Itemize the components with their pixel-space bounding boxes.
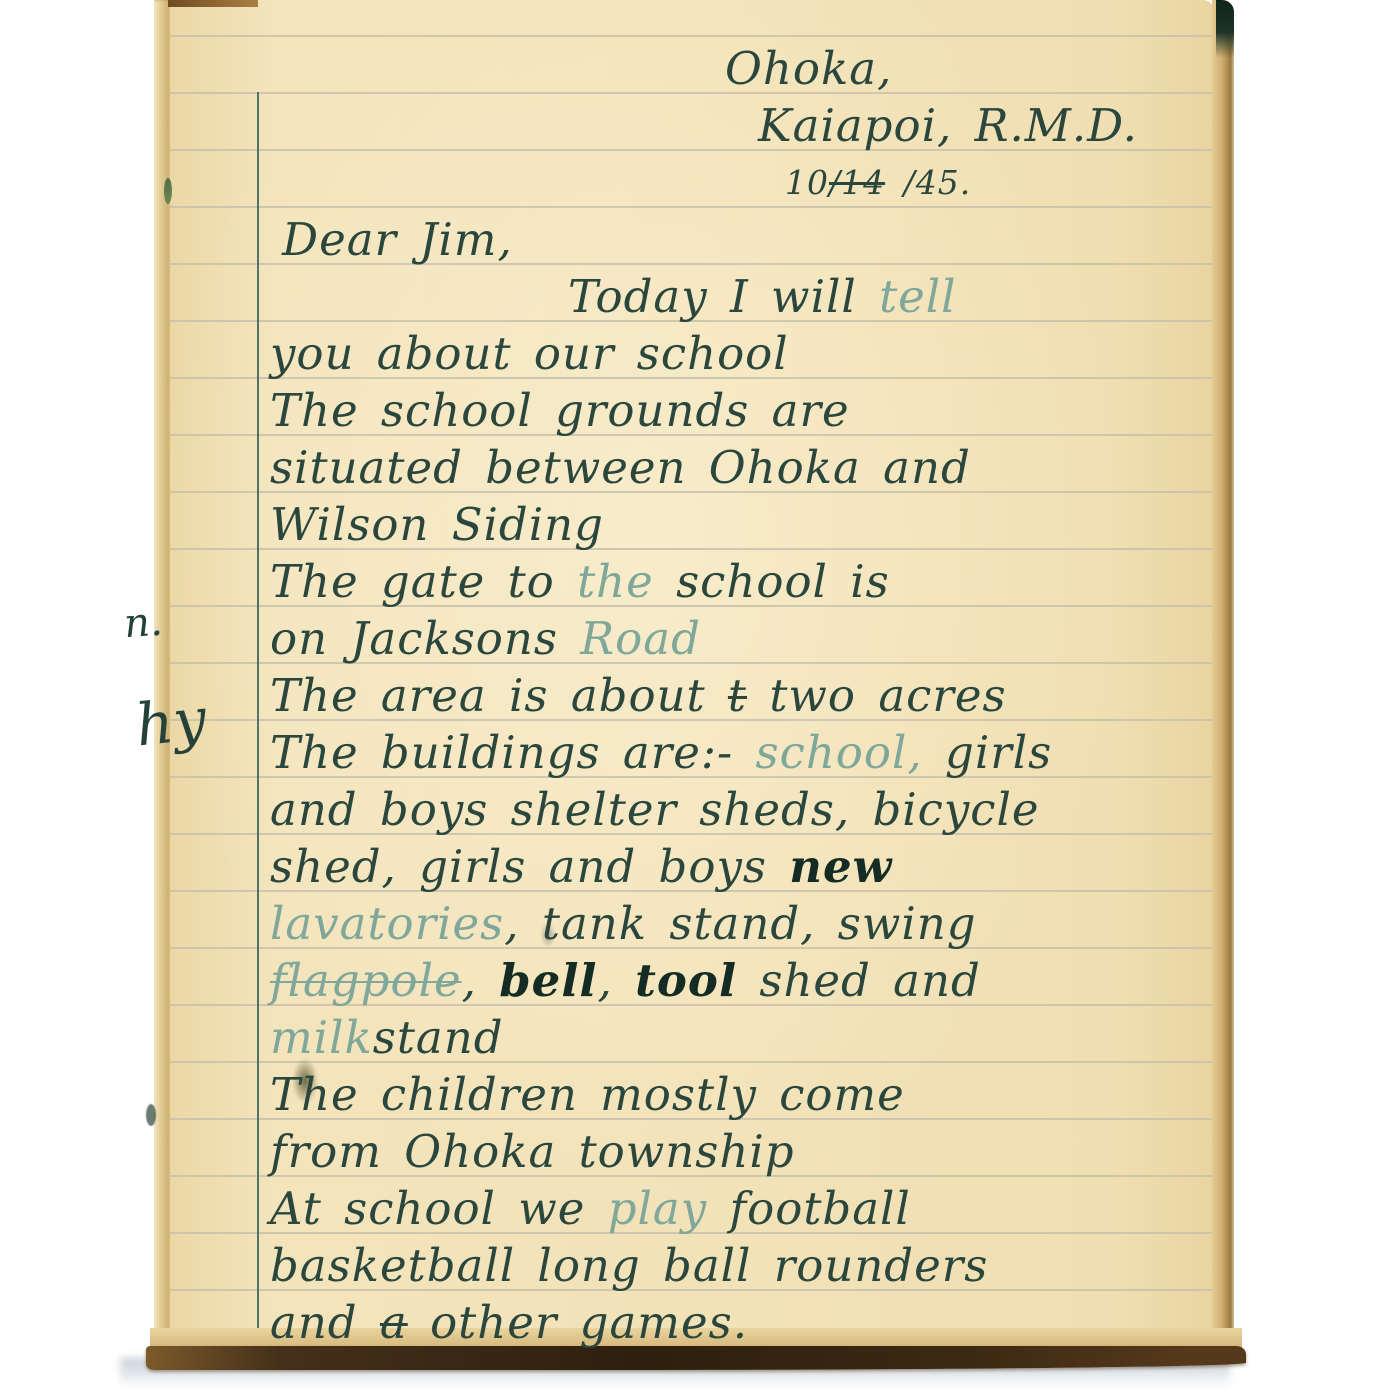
letter-segment: Dear Jim, bbox=[282, 213, 513, 266]
ink-smudge bbox=[146, 1104, 156, 1126]
letter-segment: and bbox=[270, 1296, 380, 1349]
letter-segment: /45. bbox=[885, 163, 971, 202]
letter-line: Ohoka, bbox=[725, 40, 1220, 97]
letter-segment: play bbox=[608, 1182, 707, 1235]
letter-segment: school, bbox=[756, 726, 923, 779]
letter-segment: Wilson Siding bbox=[270, 498, 604, 551]
letter-segment: tell bbox=[879, 270, 957, 323]
letter-segment: , tank stand, swing bbox=[504, 897, 976, 950]
letter-line: At school we play football bbox=[270, 1180, 1220, 1237]
letter-segment: school is bbox=[654, 555, 890, 608]
letter-segment: 10 bbox=[785, 163, 829, 202]
letter-segment: new bbox=[789, 840, 892, 893]
letter-segment: shed, girls and boys bbox=[270, 840, 789, 893]
letter-line: on Jacksons Road bbox=[270, 610, 1220, 667]
letter-segment: The school grounds are bbox=[270, 384, 850, 437]
letter-line: situated between Ohoka and bbox=[270, 439, 1220, 496]
letter-segment: basketball long ball rounders bbox=[270, 1239, 988, 1292]
letter-line: 10/14 /45. bbox=[785, 154, 1220, 211]
letter-segment: milk bbox=[270, 1011, 373, 1064]
letter-segment: , bbox=[598, 954, 636, 1007]
letter-segment: a bbox=[380, 1296, 408, 1349]
notebook-scan: n.hy Ohoka,Kaiapoi, R.M.D.10/14 /45.Dear… bbox=[0, 0, 1400, 1400]
letter-line: you about our school bbox=[270, 325, 1220, 382]
letter-segment: football bbox=[707, 1182, 911, 1235]
letter-line: The gate to the school is bbox=[270, 553, 1220, 610]
letter-line: lavatories, tank stand, swing bbox=[270, 895, 1220, 952]
letter-segment: tool bbox=[635, 954, 737, 1007]
letter-segment: stand bbox=[373, 1011, 504, 1064]
letter-segment: The area is about bbox=[270, 669, 728, 722]
letter-segment: girls bbox=[923, 726, 1053, 779]
letter-segment: At school we bbox=[270, 1182, 608, 1235]
letter-segment: from Ohoka township bbox=[270, 1125, 795, 1178]
letter-line: milkstand bbox=[270, 1009, 1220, 1066]
letter-segment: the bbox=[577, 555, 654, 608]
letter-line: The area is about t two acres bbox=[270, 667, 1220, 724]
letter-segment: two acres bbox=[747, 669, 1007, 722]
letter-segment: t bbox=[728, 669, 747, 722]
facing-page-text-fragment: hy bbox=[133, 685, 210, 760]
letter-line: flagpole, bell, tool shed and bbox=[270, 952, 1220, 1009]
facing-page-text-fragment: n. bbox=[122, 599, 164, 648]
letter-segment: The gate to bbox=[270, 555, 577, 608]
letter-segment: , bbox=[462, 954, 500, 1007]
letter-line: The children mostly come bbox=[270, 1066, 1220, 1123]
letter-line: Wilson Siding bbox=[270, 496, 1220, 553]
letter-segment: flagpole bbox=[270, 954, 462, 1007]
letter-segment: and boys shelter sheds, bicycle bbox=[270, 783, 1040, 836]
letter-line: and a other games. bbox=[270, 1294, 1220, 1351]
letter-line: Kaiapoi, R.M.D. bbox=[758, 97, 1220, 154]
letter-segment: shed and bbox=[737, 954, 981, 1007]
letter-segment: The children mostly come bbox=[270, 1068, 905, 1121]
letter-segment: Today I will bbox=[568, 270, 879, 323]
letter-segment: you about our school bbox=[270, 327, 789, 380]
letter-line: Today I will tell bbox=[568, 268, 1220, 325]
letter-segment: lavatories bbox=[270, 897, 504, 950]
letter-line: from Ohoka township bbox=[270, 1123, 1220, 1180]
letter-segment: The buildings are:- bbox=[270, 726, 756, 779]
letter-segment: on Jacksons bbox=[270, 612, 580, 665]
letter-text: Ohoka,Kaiapoi, R.M.D.10/14 /45.Dear Jim,… bbox=[270, 40, 1220, 1351]
letter-segment: Road bbox=[580, 612, 701, 665]
letter-segment: other games. bbox=[408, 1296, 748, 1349]
letter-line: Dear Jim, bbox=[282, 211, 1220, 268]
letter-line: and boys shelter sheds, bicycle bbox=[270, 781, 1220, 838]
letter-segment: bell bbox=[499, 954, 597, 1007]
ink-smudge bbox=[164, 178, 172, 204]
letter-line: The school grounds are bbox=[270, 382, 1220, 439]
letter-line: basketball long ball rounders bbox=[270, 1237, 1220, 1294]
letter-line: The buildings are:- school, girls bbox=[270, 724, 1220, 781]
letter-segment: Kaiapoi, R.M.D. bbox=[758, 99, 1138, 152]
letter-segment: situated between Ohoka and bbox=[270, 441, 971, 494]
letter-line: shed, girls and boys new bbox=[270, 838, 1220, 895]
letter-segment: Ohoka, bbox=[725, 42, 892, 95]
letter-segment: /14 bbox=[829, 163, 885, 202]
